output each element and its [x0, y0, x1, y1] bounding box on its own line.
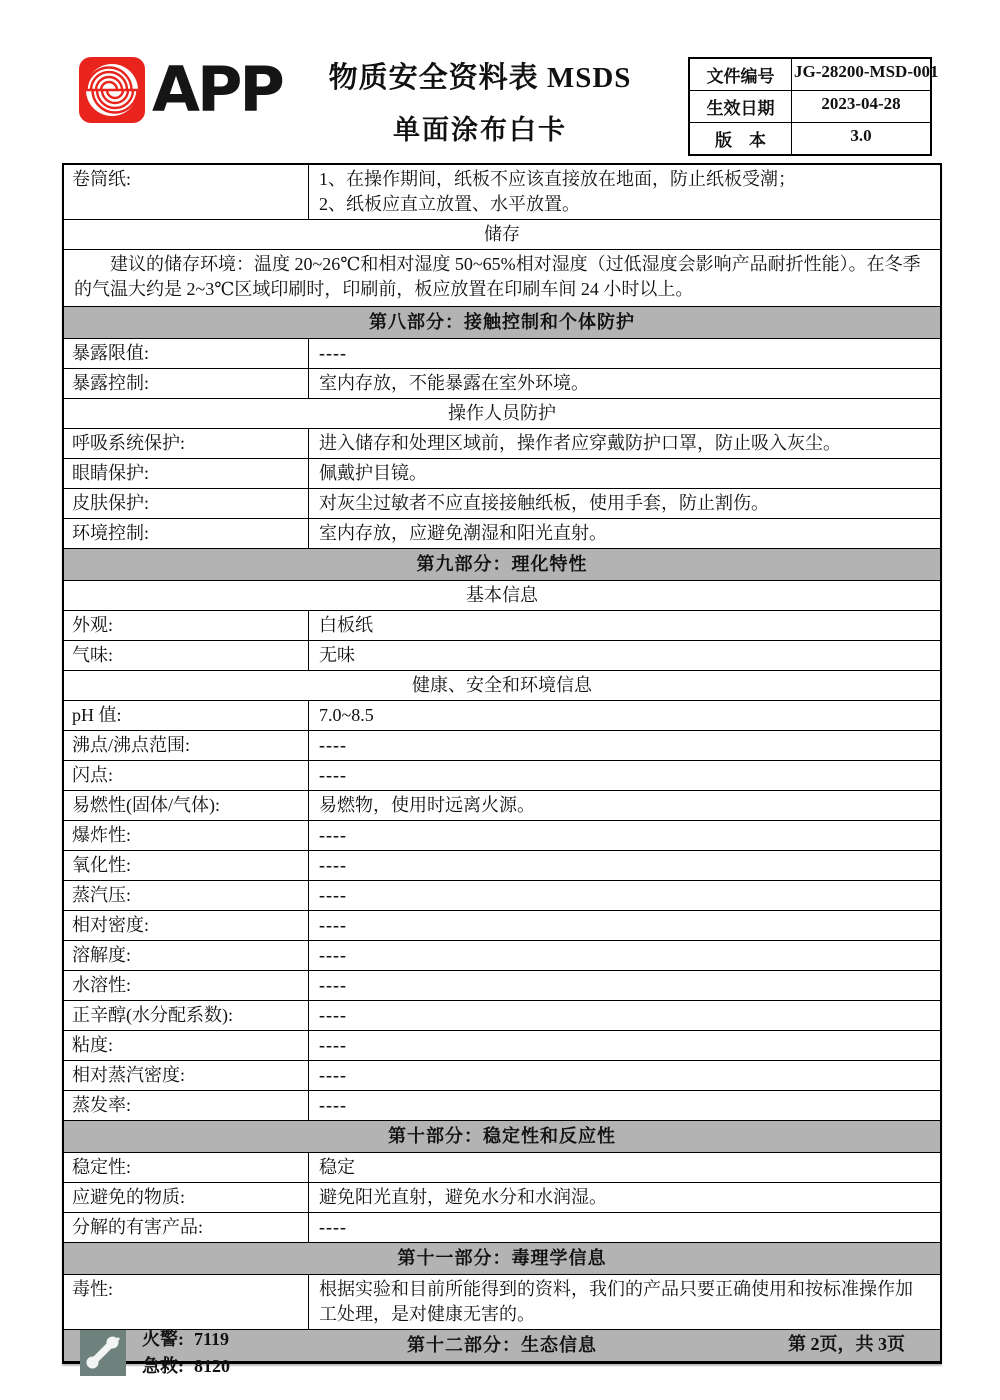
value-line: 1、在操作期间，纸板不应该直接放在地面，防止纸板受潮；	[319, 167, 930, 192]
row-value: ----	[309, 851, 940, 880]
row-value: 易燃物，使用时远离火源。	[309, 791, 940, 820]
table-row: 稳定性:稳定	[64, 1152, 940, 1182]
table-row: 环境控制:室内存放，应避免潮湿和阳光直射。	[64, 518, 940, 548]
version-value: 3.0	[792, 123, 930, 154]
row-value: ----	[309, 339, 940, 368]
row-label: 水溶性:	[64, 971, 309, 1000]
first-aid-line: 急救:8120	[142, 1353, 230, 1380]
row-value: 根据实验和目前所能得到的资料，我们的产品只要正确使用和按标准操作加工处理，是对健…	[309, 1275, 940, 1329]
row-value: 进入储存和处理区域前，操作者应穿戴防护口罩，防止吸入灰尘。	[309, 429, 940, 458]
row-label: 皮肤保护:	[64, 489, 309, 518]
row-value: ----	[309, 911, 940, 940]
row-label: 相对蒸汽密度:	[64, 1061, 309, 1090]
row-label: pH 值:	[64, 701, 309, 730]
row-value: 佩戴护目镜。	[309, 459, 940, 488]
table-row-center: 操作人员防护	[64, 398, 940, 428]
table-row: 相对密度:----	[64, 910, 940, 940]
row-label: 应避免的物质:	[64, 1183, 309, 1212]
doc-number-value: JG-28200-MSD-001	[792, 59, 940, 90]
row-label: 暴露控制:	[64, 369, 309, 398]
row-value: 室内存放，应避免潮湿和阳光直射。	[309, 519, 940, 548]
row-label: 易燃性(固体/气体):	[64, 791, 309, 820]
table-row: 溶解度:----	[64, 940, 940, 970]
row-value: ----	[309, 971, 940, 1000]
table-row: 正辛醇(水分配系数):----	[64, 1000, 940, 1030]
emergency-numbers: 火警:7119 急救:8120	[142, 1326, 230, 1380]
table-row: 应避免的物质:避免阳光直射，避免水分和水润湿。	[64, 1182, 940, 1212]
fire-label: 火警:	[142, 1326, 184, 1353]
doc-number-label: 文件编号	[690, 59, 792, 90]
row-label: 眼睛保护:	[64, 459, 309, 488]
table-row: 暴露限值:----	[64, 338, 940, 368]
row-value: ----	[309, 941, 940, 970]
row-label: 沸点/沸点范围:	[64, 731, 309, 760]
table-row: 易燃性(固体/气体):易燃物，使用时远离火源。	[64, 790, 940, 820]
row-label: 蒸汽压:	[64, 881, 309, 910]
fire-line: 火警:7119	[142, 1326, 230, 1353]
row-value: 7.0~8.5	[309, 701, 940, 730]
row-value: ----	[309, 1213, 940, 1242]
first-aid-number: 8120	[194, 1353, 230, 1380]
fire-number: 7119	[194, 1326, 229, 1353]
table-row: 气味:无味	[64, 640, 940, 670]
row-value: 对灰尘过敏者不应直接接触纸板，使用手套，防止割伤。	[309, 489, 940, 518]
row-label: 溶解度:	[64, 941, 309, 970]
page-number: 第 2页，共 3页	[788, 1330, 905, 1356]
table-row: 粘度:----	[64, 1030, 940, 1060]
row-label: 卷筒纸:	[64, 165, 309, 219]
table-row-center: 健康、安全和环境信息	[64, 670, 940, 700]
row-label: 闪点:	[64, 761, 309, 790]
row-label: 分解的有害产品:	[64, 1213, 309, 1242]
effective-date-label: 生效日期	[690, 91, 792, 122]
row-label: 相对密度:	[64, 911, 309, 940]
table-row: 蒸发率:----	[64, 1090, 940, 1120]
row-value: 1、在操作期间，纸板不应该直接放在地面，防止纸板受潮；2、纸板应直立放置、水平放…	[309, 165, 940, 219]
table-row-center: 储存	[64, 219, 940, 249]
row-value: 避免阳光直射，避免水分和水润湿。	[309, 1183, 940, 1212]
table-row: 闪点:----	[64, 760, 940, 790]
table-row: 毒性:根据实验和目前所能得到的资料，我们的产品只要正确使用和按标准操作加工处理，…	[64, 1274, 940, 1329]
row-value: ----	[309, 1001, 940, 1030]
row-value: ----	[309, 881, 940, 910]
table-row: 暴露控制:室内存放，不能暴露在室外环境。	[64, 368, 940, 398]
table-row: 爆炸性:----	[64, 820, 940, 850]
first-aid-label: 急救:	[142, 1353, 184, 1380]
table-row: 皮肤保护:对灰尘过敏者不应直接接触纸板，使用手套，防止割伤。	[64, 488, 940, 518]
app-logo-icon	[78, 56, 146, 124]
company-logo: APP	[78, 56, 282, 124]
row-label: 稳定性:	[64, 1153, 309, 1182]
table-row-center: 基本信息	[64, 580, 940, 610]
row-value: 室内存放，不能暴露在室外环境。	[309, 369, 940, 398]
table-row-paragraph: 建议的储存环境：温度 20~26℃和相对湿度 50~65%相对湿度（过低湿度会影…	[64, 249, 940, 306]
row-value: ----	[309, 731, 940, 760]
table-row: 沸点/沸点范围:----	[64, 730, 940, 760]
msds-table-body: 卷筒纸:1、在操作期间，纸板不应该直接放在地面，防止纸板受潮；2、纸板应直立放置…	[62, 163, 942, 1364]
phone-icon	[80, 1330, 126, 1376]
page-title: 物质安全资料表 MSDS	[260, 55, 700, 96]
table-row: pH 值:7.0~8.5	[64, 700, 940, 730]
table-row: 蒸汽压:----	[64, 880, 940, 910]
page-subtitle: 单面涂布白卡	[260, 108, 700, 147]
table-row: 卷筒纸:1、在操作期间，纸板不应该直接放在地面，防止纸板受潮；2、纸板应直立放置…	[64, 165, 940, 219]
row-value: 白板纸	[309, 611, 940, 640]
table-row: 分解的有害产品:----	[64, 1212, 940, 1242]
row-label: 粘度:	[64, 1031, 309, 1060]
row-value: ----	[309, 821, 940, 850]
row-label: 环境控制:	[64, 519, 309, 548]
table-row-section: 第九部分：理化特性	[64, 548, 940, 580]
doc-info-row: 文件编号 JG-28200-MSD-001	[690, 59, 930, 90]
doc-info-table: 文件编号 JG-28200-MSD-001 生效日期 2023-04-28 版 …	[688, 57, 932, 156]
table-row: 水溶性:----	[64, 970, 940, 1000]
effective-date-value: 2023-04-28	[792, 91, 930, 122]
table-row: 呼吸系统保护:进入储存和处理区域前，操作者应穿戴防护口罩，防止吸入灰尘。	[64, 428, 940, 458]
table-row: 眼睛保护:佩戴护目镜。	[64, 458, 940, 488]
table-row-section: 第十一部分：毒理学信息	[64, 1242, 940, 1274]
row-label: 爆炸性:	[64, 821, 309, 850]
row-value: ----	[309, 1091, 940, 1120]
doc-info-row: 版 本 3.0	[690, 122, 930, 154]
row-label: 暴露限值:	[64, 339, 309, 368]
value-line: 2、纸板应直立放置、水平放置。	[319, 192, 930, 217]
row-label: 蒸发率:	[64, 1091, 309, 1120]
table-row: 氧化性:----	[64, 850, 940, 880]
row-label: 毒性:	[64, 1275, 309, 1329]
version-label: 版 本	[690, 123, 792, 154]
row-label: 呼吸系统保护:	[64, 429, 309, 458]
row-value: ----	[309, 1031, 940, 1060]
row-value: 无味	[309, 641, 940, 670]
title-block: 物质安全资料表 MSDS 单面涂布白卡	[260, 55, 700, 147]
table-row: 外观:白板纸	[64, 610, 940, 640]
row-value: 稳定	[309, 1153, 940, 1182]
table-row-section: 第八部分：接触控制和个体防护	[64, 306, 940, 338]
row-value: ----	[309, 1061, 940, 1090]
table-row: 相对蒸汽密度:----	[64, 1060, 940, 1090]
table-row-section: 第十部分：稳定性和反应性	[64, 1120, 940, 1152]
row-label: 外观:	[64, 611, 309, 640]
row-label: 气味:	[64, 641, 309, 670]
msds-page: APP 物质安全资料表 MSDS 单面涂布白卡 文件编号 JG-28200-MS…	[0, 0, 1000, 1400]
row-label: 氧化性:	[64, 851, 309, 880]
doc-info-row: 生效日期 2023-04-28	[690, 90, 930, 122]
row-label: 正辛醇(水分配系数):	[64, 1001, 309, 1030]
row-value: ----	[309, 761, 940, 790]
